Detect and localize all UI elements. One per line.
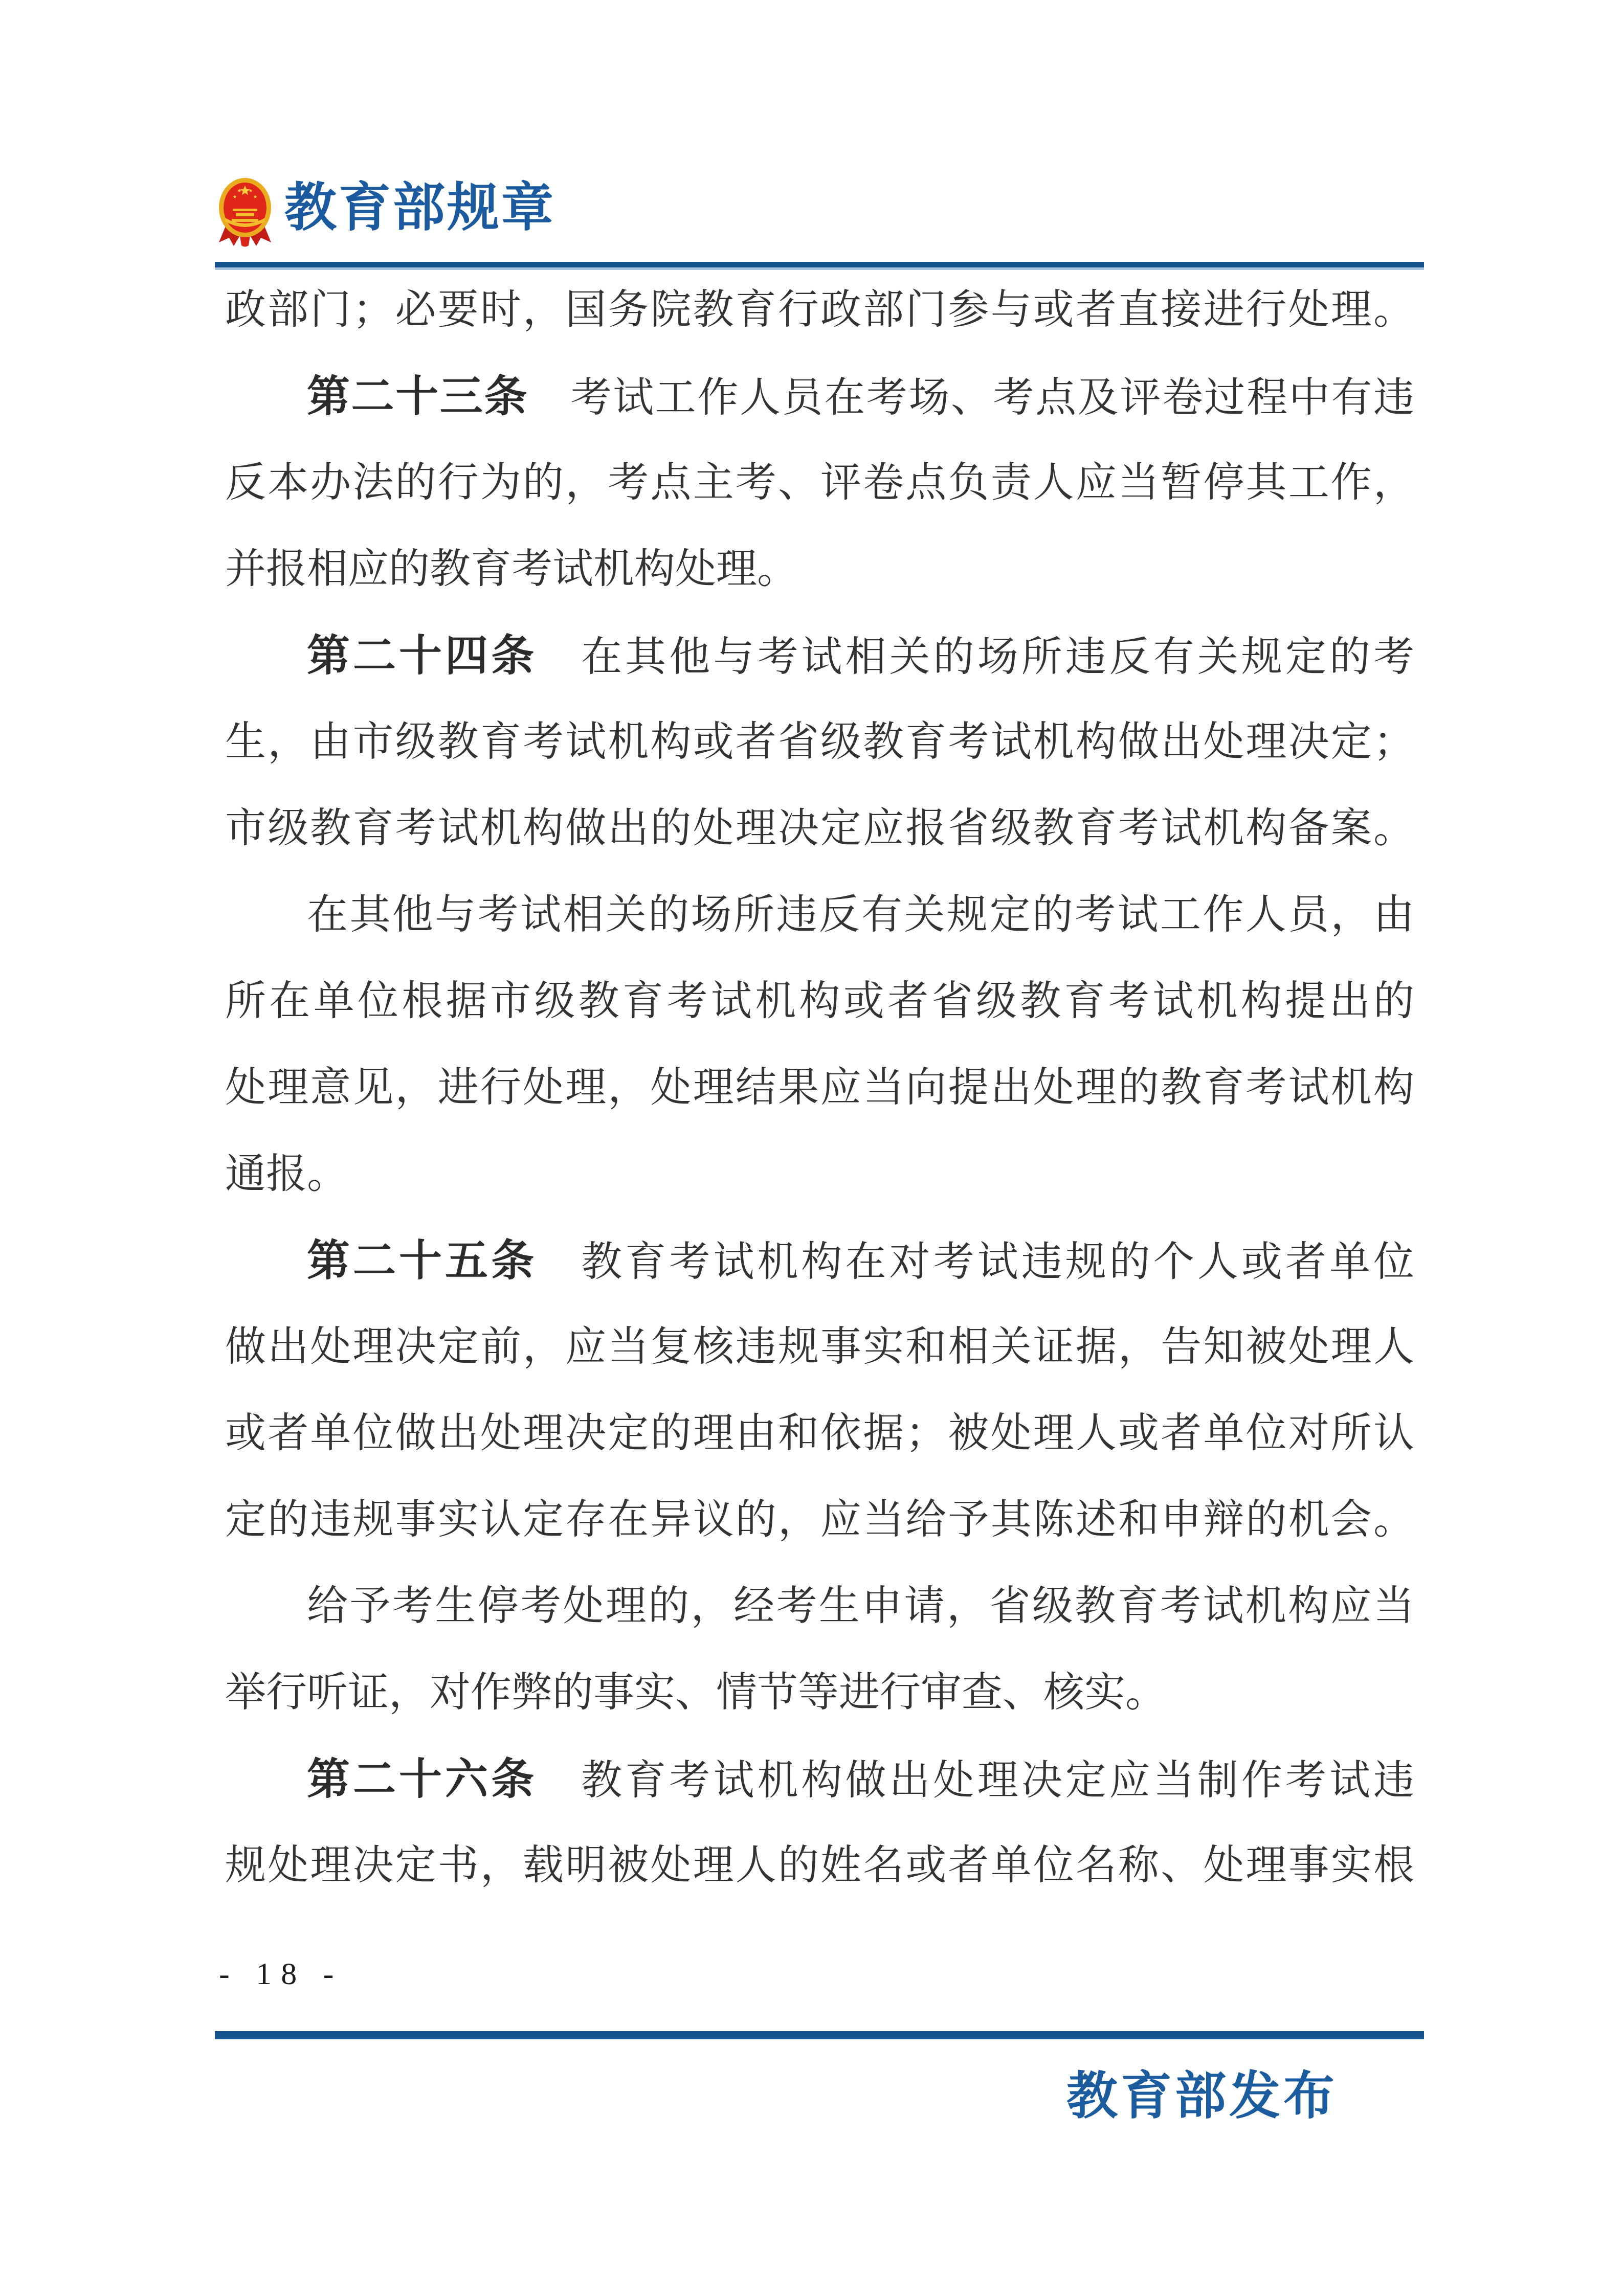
text-line: 所在单位根据市级教育考试机构或者省级教育考试机构提出的 <box>225 958 1414 1045</box>
text-line: 或者单位做出处理决定的理由和依据；被处理人或者单位对所认 <box>225 1390 1414 1477</box>
line-text: 政部门；必要时，国务院教育行政部门参与或者直接进行处理。 <box>225 287 1414 332</box>
line-text: 教育考试机构做出处理决定应当制作考试违 <box>537 1758 1414 1803</box>
national-emblem-icon <box>217 176 273 247</box>
line-text: 通报。 <box>225 1152 348 1197</box>
article-number: 第二十三条 <box>307 372 528 420</box>
line-text: 规处理决定书，载明被处理人的姓名或者单位名称、处理事实根 <box>225 1843 1414 1888</box>
line-text: 生，由市级教育考试机构或者省级教育考试机构做出处理决定； <box>225 719 1414 764</box>
text-line: 规处理决定书，载明被处理人的姓名或者单位名称、处理事实根 <box>225 1822 1414 1909</box>
line-text: 举行听证，对作弊的事实、情节等进行审查、核实。 <box>225 1670 1166 1715</box>
line-text: 反本办法的行为的，考点主考、评卷点负责人应当暂停其工作， <box>225 460 1414 505</box>
line-text: 在其他与考试相关的场所违反有关规定的考 <box>537 635 1414 680</box>
text-line: 政部门；必要时，国务院教育行政部门参与或者直接进行处理。 <box>225 267 1414 353</box>
text-line: 做出处理决定前，应当复核违规事实和相关证据，告知被处理人 <box>225 1304 1414 1390</box>
text-line: 市级教育考试机构做出的处理决定应报省级教育考试机构备案。 <box>225 785 1414 872</box>
text-line: 并报相应的教育考试机构处理。 <box>225 526 1414 613</box>
line-text: 定的违规事实认定存在异议的，应当给予其陈述和申辩的机会。 <box>225 1497 1414 1542</box>
text-line: 给予考生停考处理的，经考生申请，省级教育考试机构应当 <box>225 1563 1414 1650</box>
document-page: 教育部规章 政部门；必要时，国务院教育行政部门参与或者直接进行处理。第二十三条 … <box>0 0 1624 2296</box>
article-number: 第二十四条 <box>307 632 537 680</box>
article-number: 第二十五条 <box>307 1236 537 1285</box>
text-line: 处理意见，进行处理，处理结果应当向提出处理的教育考试机构 <box>225 1045 1414 1131</box>
text-line: 通报。 <box>225 1131 1414 1218</box>
text-line: 第二十六条 教育考试机构做出处理决定应当制作考试违 <box>225 1736 1414 1822</box>
page-number: - 18 - <box>219 1953 343 1994</box>
line-text: 所在单位根据市级教育考试机构或者省级教育考试机构提出的 <box>225 979 1414 1024</box>
page-title: 教育部规章 <box>284 180 555 237</box>
text-line: 第二十四条 在其他与考试相关的场所违反有关规定的考 <box>225 613 1414 699</box>
line-text: 做出处理决定前，应当复核违规事实和相关证据，告知被处理人 <box>225 1324 1414 1369</box>
document-body: 政部门；必要时，国务院教育行政部门参与或者直接进行处理。第二十三条 考试工作人员… <box>225 267 1414 1909</box>
line-text: 或者单位做出处理决定的理由和依据；被处理人或者单位对所认 <box>225 1411 1414 1456</box>
line-text: 教育考试机构在对考试违规的个人或者单位 <box>537 1240 1414 1285</box>
text-line: 生，由市级教育考试机构或者省级教育考试机构做出处理决定； <box>225 699 1414 785</box>
line-text: 在其他与考试相关的场所违反有关规定的考试工作人员，由 <box>307 892 1414 937</box>
footer-divider <box>215 2031 1424 2039</box>
article-number: 第二十六条 <box>307 1755 537 1803</box>
text-line: 第二十五条 教育考试机构在对考试违规的个人或者单位 <box>225 1218 1414 1304</box>
line-text: 并报相应的教育考试机构处理。 <box>225 547 798 592</box>
text-line: 在其他与考试相关的场所违反有关规定的考试工作人员，由 <box>225 872 1414 958</box>
text-line: 举行听证，对作弊的事实、情节等进行审查、核实。 <box>225 1650 1414 1736</box>
publisher-label: 教育部发布 <box>1066 2066 1338 2127</box>
text-line: 第二十三条 考试工作人员在考场、考点及评卷过程中有违 <box>225 353 1414 440</box>
line-text: 考试工作人员在考场、考点及评卷过程中有违 <box>528 375 1414 420</box>
text-line: 定的违规事实认定存在异议的，应当给予其陈述和申辩的机会。 <box>225 1477 1414 1563</box>
line-text: 处理意见，进行处理，处理结果应当向提出处理的教育考试机构 <box>225 1065 1414 1110</box>
line-text: 给予考生停考处理的，经考生申请，省级教育考试机构应当 <box>307 1584 1414 1629</box>
line-text: 市级教育考试机构做出的处理决定应报省级教育考试机构备案。 <box>225 806 1414 851</box>
text-line: 反本办法的行为的，考点主考、评卷点负责人应当暂停其工作， <box>225 440 1414 526</box>
